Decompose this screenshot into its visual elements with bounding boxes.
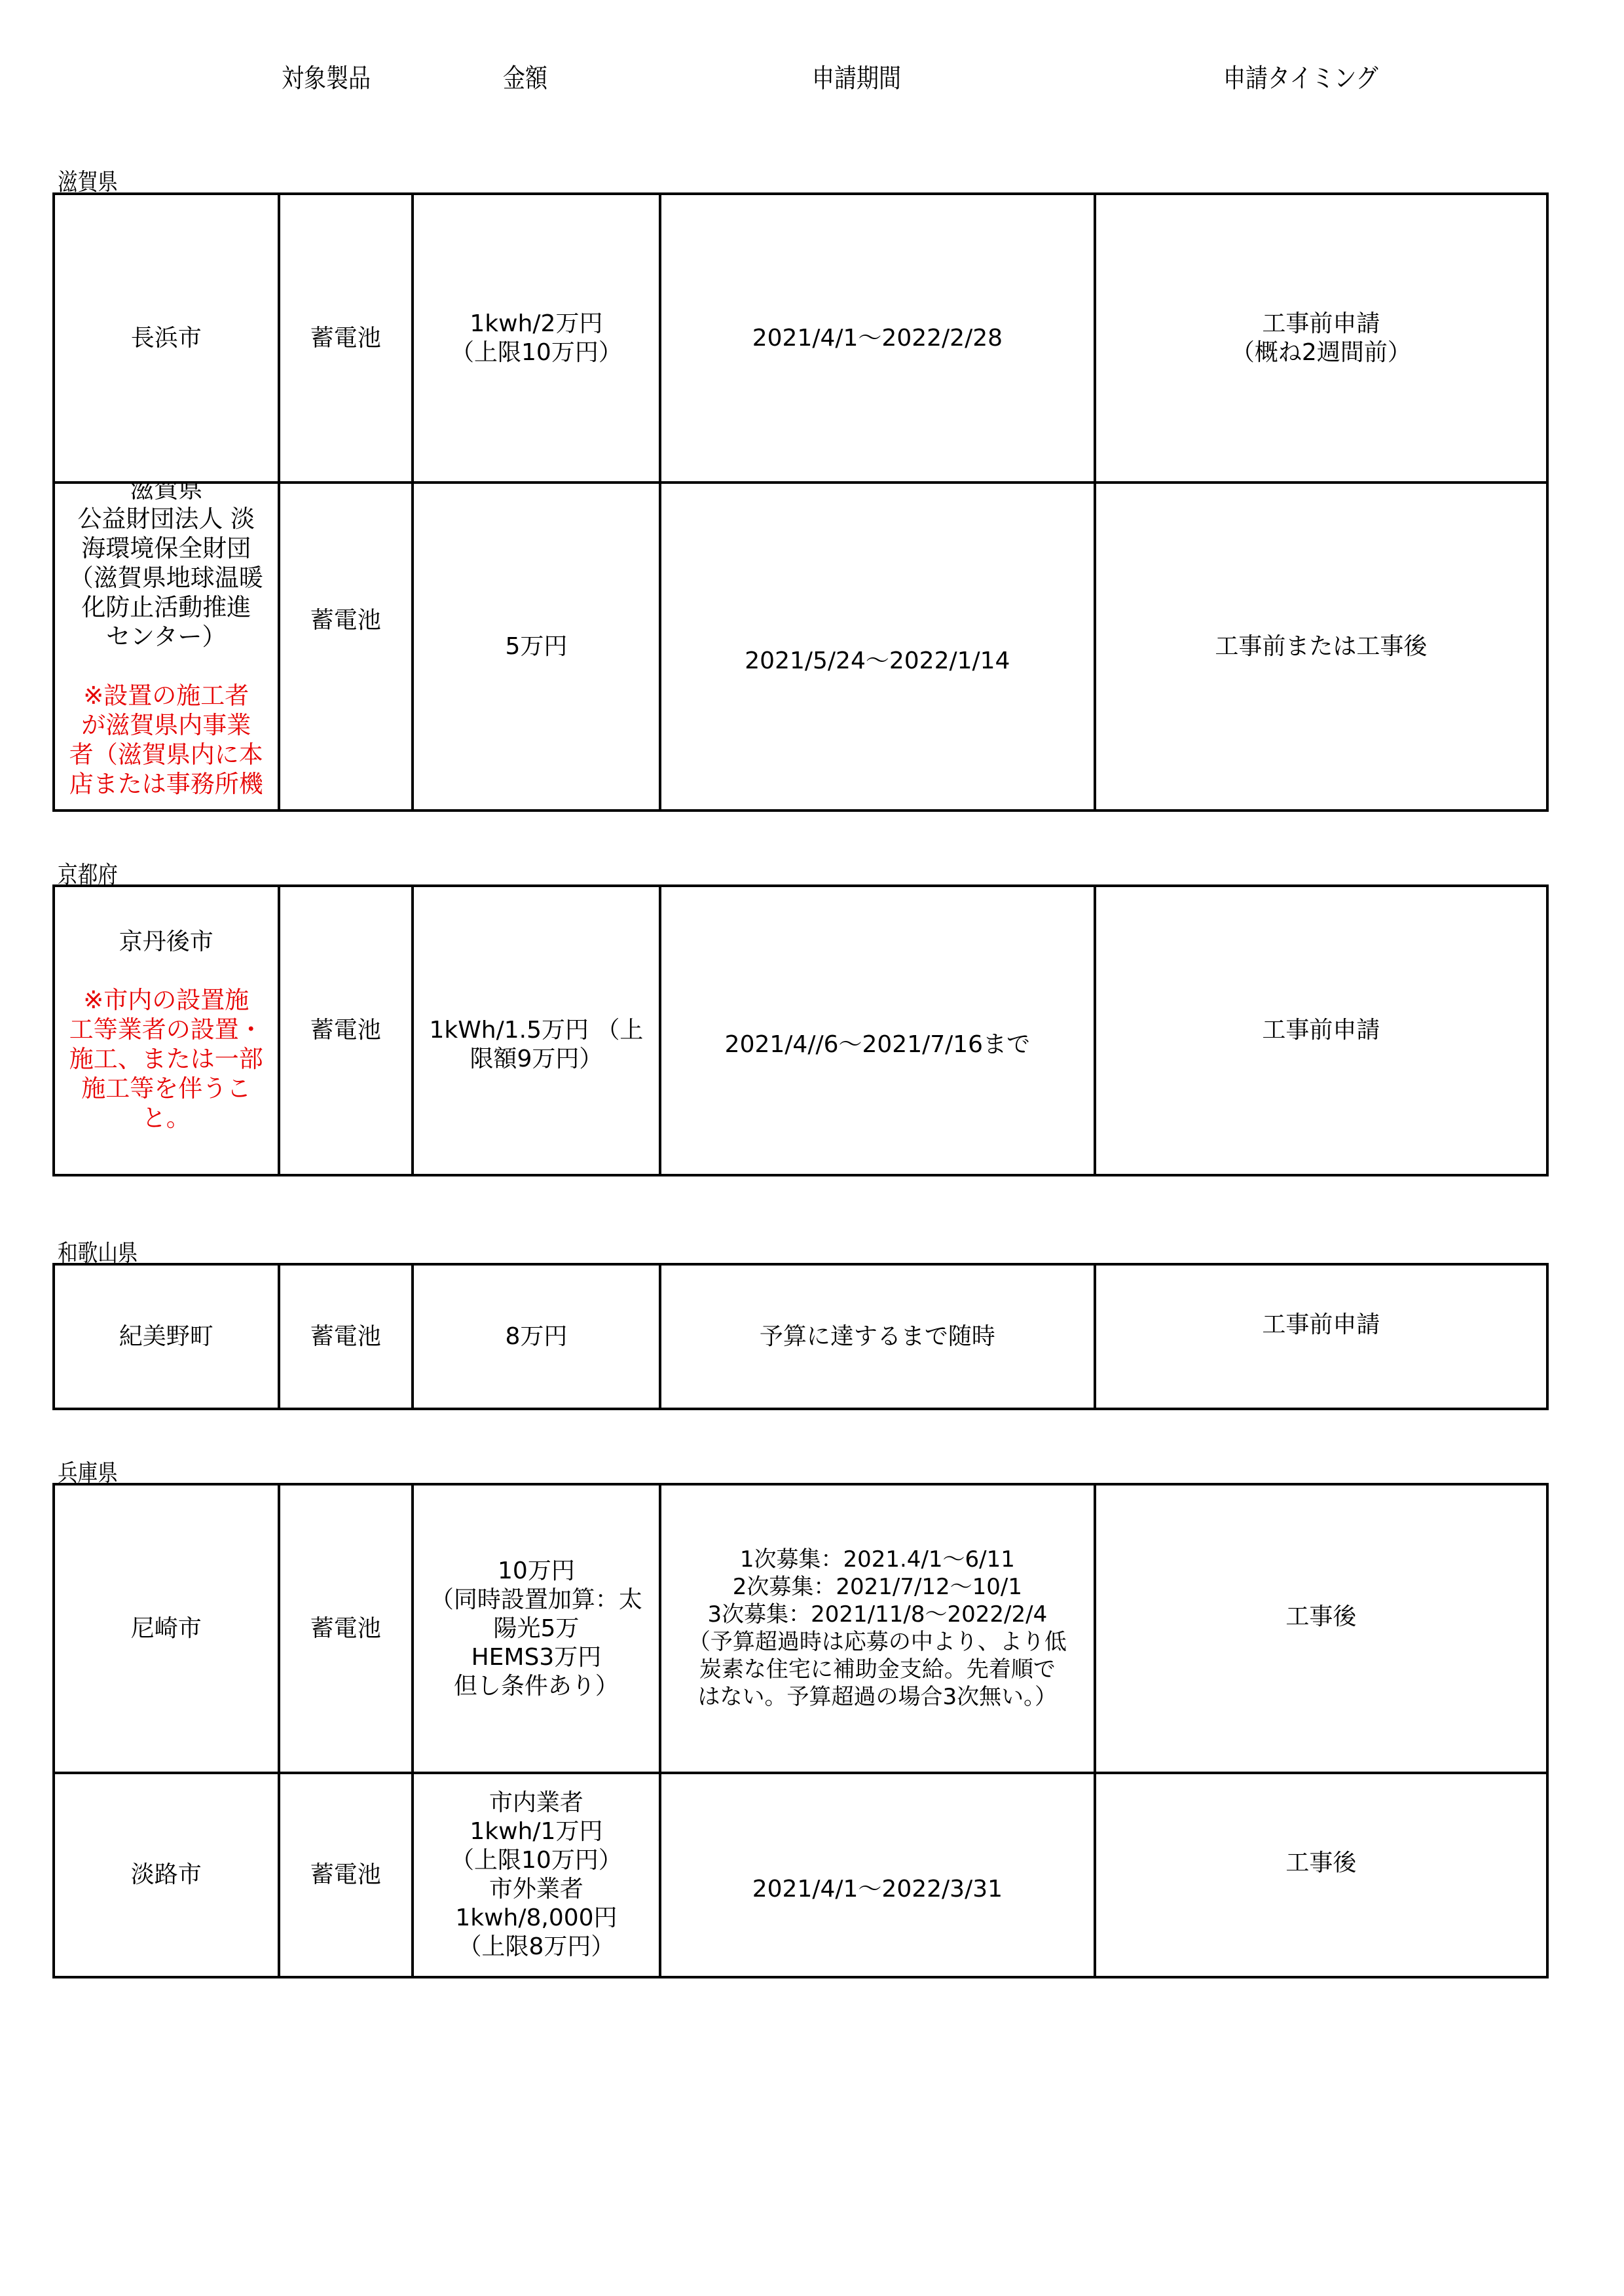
cell-period: 2021/4//6～2021/7/16まで	[660, 886, 1095, 1175]
cell-amount: 8万円	[413, 1264, 660, 1409]
cell-product: 蓄電池	[279, 1264, 413, 1409]
cell-timing: 工事後	[1095, 1484, 1547, 1773]
cell-municipality: 滋賀県 公益財団法人 淡 海環境保全財団 （滋賀県地球温暖 化防止活動推進 セン…	[54, 483, 279, 811]
header-amount: 金額	[503, 58, 547, 95]
cell-amount: 市内業者 1kwh/1万円 （上限10万円） 市外業者 1kwh/8,000円 …	[413, 1773, 660, 1977]
cell-period: 2021/4/1～2022/2/28	[660, 194, 1095, 483]
cell-product: 蓄電池	[279, 1484, 413, 1773]
table-row: 尼崎市 蓄電池 10万円 （同時設置加算：太 陽光5万 HEMS3万円 但し条件…	[54, 1484, 1547, 1773]
cell-timing: 工事後	[1095, 1773, 1547, 1977]
cell-product: 蓄電池	[279, 483, 413, 811]
cell-municipality: 京丹後市 ※市内の設置施 工等業者の設置・ 施工、または一部 施工等を伴うこと。	[54, 886, 279, 1175]
cell-period: 予算に達するまで随時	[660, 1264, 1095, 1409]
table-row: 滋賀県 公益財団法人 淡 海環境保全財団 （滋賀県地球温暖 化防止活動推進 セン…	[54, 483, 1547, 811]
cell-note: ※市内の設置施 工等業者の設置・ 施工、または一部 施工等を伴うこと。	[58, 985, 275, 1133]
cell-product: 蓄電池	[279, 194, 413, 483]
cell-amount: 1kWh/1.5万円 （上 限額9万円）	[413, 886, 660, 1175]
cell-note: ※設置の施工者 が滋賀県内事業 者（滋賀県内に本 店または事務所機	[69, 681, 263, 799]
cell-product: 蓄電池	[279, 886, 413, 1175]
cell-period: 1次募集：2021.4/1～6/11 2次募集：2021/7/12～10/1 3…	[660, 1484, 1095, 1773]
header-product: 対象製品	[282, 58, 371, 95]
cell-timing: 工事前申請 （概ね2週間前）	[1095, 194, 1547, 483]
cell-municipality: 尼崎市	[54, 1484, 279, 1773]
table-hyogo: 尼崎市 蓄電池 10万円 （同時設置加算：太 陽光5万 HEMS3万円 但し条件…	[52, 1483, 1549, 1978]
header-period: 申請期間	[812, 58, 901, 95]
cell-amount: 5万円	[413, 483, 660, 811]
table-shiga: 長浜市 蓄電池 1kwh/2万円 （上限10万円） 2021/4/1～2022/…	[52, 192, 1549, 812]
cell-product: 蓄電池	[279, 1773, 413, 1977]
cell-period: 2021/4/1～2022/3/31	[660, 1773, 1095, 1977]
cell-amount: 1kwh/2万円 （上限10万円）	[413, 194, 660, 483]
table-row: 紀美野町 蓄電池 8万円 予算に達するまで随時 工事前申請	[54, 1264, 1547, 1409]
cell-municipality: 長浜市	[54, 194, 279, 483]
table-kyoto: 京丹後市 ※市内の設置施 工等業者の設置・ 施工、または一部 施工等を伴うこと。…	[52, 884, 1549, 1176]
header-timing: 申請タイミング	[1223, 58, 1378, 95]
cell-municipality: 紀美野町	[54, 1264, 279, 1409]
table-row: 京丹後市 ※市内の設置施 工等業者の設置・ 施工、または一部 施工等を伴うこと。…	[54, 886, 1547, 1175]
table-row: 長浜市 蓄電池 1kwh/2万円 （上限10万円） 2021/4/1～2022/…	[54, 194, 1547, 483]
cell-amount: 10万円 （同時設置加算：太 陽光5万 HEMS3万円 但し条件あり）	[413, 1484, 660, 1773]
table-wakayama: 紀美野町 蓄電池 8万円 予算に達するまで随時 工事前申請	[52, 1263, 1549, 1410]
cell-timing: 工事前申請	[1095, 886, 1547, 1175]
cell-timing: 工事前または工事後	[1095, 483, 1547, 811]
table-row: 淡路市 蓄電池 市内業者 1kwh/1万円 （上限10万円） 市外業者 1kwh…	[54, 1773, 1547, 1977]
cell-timing: 工事前申請	[1095, 1264, 1547, 1409]
cell-period: 2021/5/24～2022/1/14	[660, 483, 1095, 811]
cell-municipality: 淡路市	[54, 1773, 279, 1977]
